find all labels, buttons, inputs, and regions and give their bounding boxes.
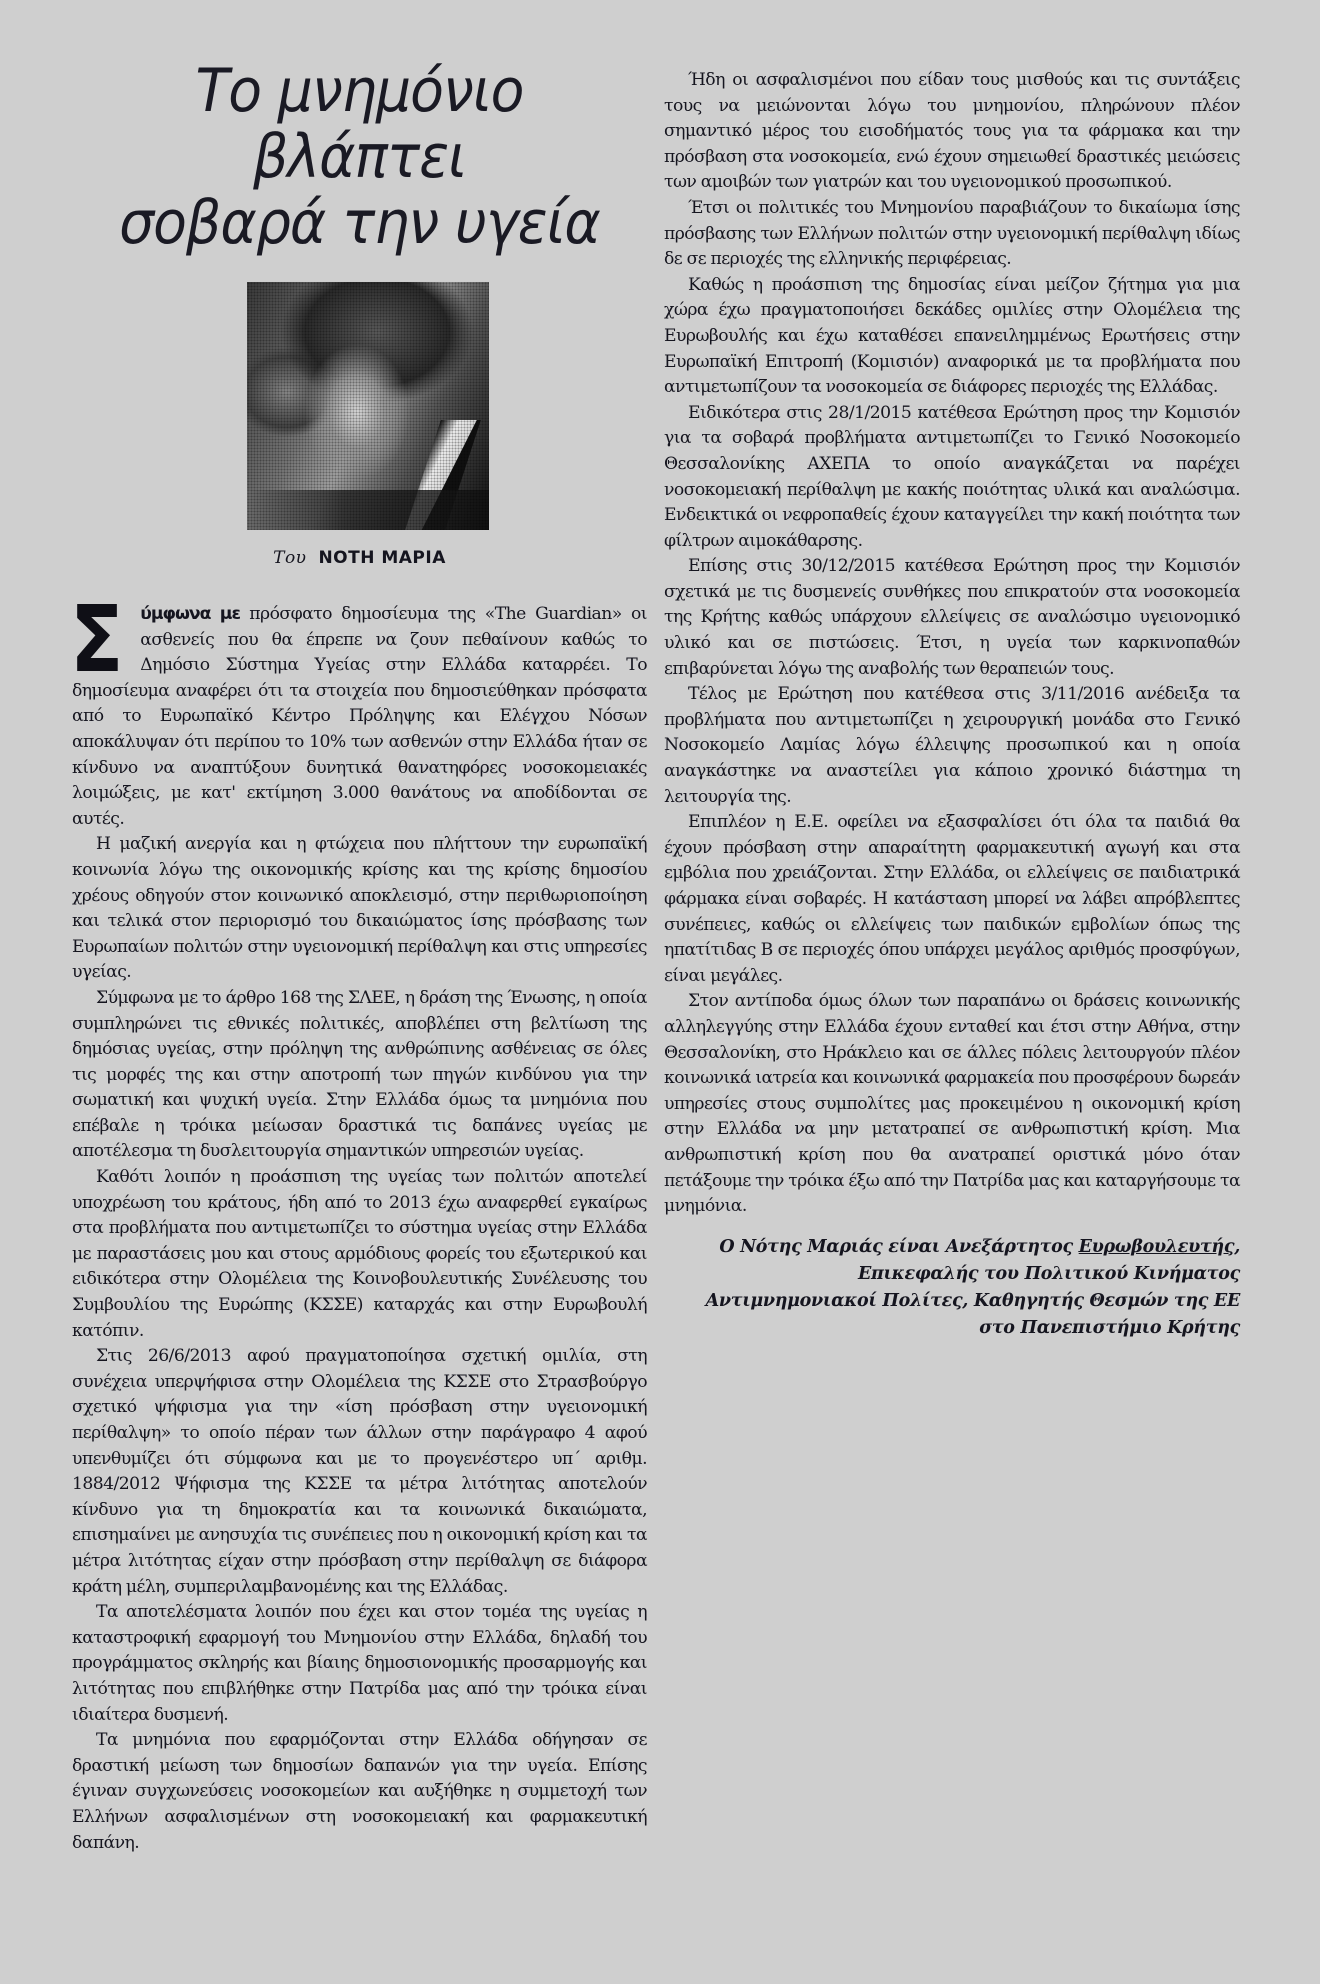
byline: Του ΝΟΤΗ ΜΑΡΙΑ [72,548,647,568]
author-photo [247,282,489,530]
byline-prefix: Του [273,548,306,568]
headline-line-2: σοβαρά την υγεία [95,190,624,256]
drop-cap: Σ [70,604,123,678]
paragraph: Επιπλέον η Ε.Ε. οφείλει να εξασφαλίσει ό… [664,810,1240,989]
byline-author-name: ΝΟΤΗ ΜΑΡΙΑ [318,548,445,568]
headline: Το μνημόνιο βλάπτει σοβαρά την υγεία [95,58,624,256]
signature-line-2: Επικεφαλής του Πολιτικού Κινήματος [664,1261,1240,1288]
paragraph: Στις 26/6/2013 αφού πραγματοποίησα σχετι… [72,1344,647,1600]
photo-halftone-overlay [247,282,489,530]
right-column: Ήδη οι ασφαλισμένοι που είδαν τους μισθο… [664,68,1240,1342]
paragraph: Έτσι οι πολιτικές του Μνημονίου παραβιάζ… [664,196,1240,273]
paragraph: Καθότι λοιπόν η προάσπιση της υγείας των… [72,1165,647,1344]
headline-line-1: Το μνημόνιο βλάπτει [95,58,624,190]
signature-line-4: στο Πανεπιστήμιο Κρήτης [664,1315,1240,1342]
paragraph: Ειδικότερα στις 28/1/2015 κατέθεσα Ερώτη… [664,401,1240,555]
right-body-text: Ήδη οι ασφαλισμένοι που είδαν τους μισθο… [664,68,1240,1220]
lead-bold-words: ύμφωνα με [140,604,240,624]
signature-comma: , [1234,1237,1240,1257]
lead-paragraph: Σύμφωνα με πρόσφατο δημοσίευμα της «The … [72,602,647,832]
paragraph: Στον αντίποδα όμως όλων των παραπάνω οι … [664,989,1240,1219]
newspaper-clipping: Το μνημόνιο βλάπτει σοβαρά την υγεία Του… [0,0,1320,1984]
left-column: Το μνημόνιο βλάπτει σοβαρά την υγεία Του… [72,48,647,1856]
lead-text: πρόσφατο δημοσίευμα της «The Guardian» ο… [72,604,647,829]
signature-underlined-title: Ευρωβουλευτής [1079,1237,1235,1257]
paragraph: Τέλος με Ερώτηση που κατέθεσα στις 3/11/… [664,682,1240,810]
paragraph: Τα αποτελέσματα λοιπόν που έχει και στον… [72,1600,647,1728]
signature-line-3: Αντιμνημονιακοί Πολίτες, Καθηγητής Θεσμώ… [664,1288,1240,1315]
paragraph: Καθώς η προάσπιση της δημοσίας είναι μεί… [664,273,1240,401]
signature-line-1: Ο Νότης Μαριάς είναι Ανεξάρτητος Ευρωβου… [664,1234,1240,1261]
author-photo-block [247,282,489,530]
paragraph: Επίσης στις 30/12/2015 κατέθεσα Ερώτηση … [664,554,1240,682]
left-body-text: Σύμφωνα με πρόσφατο δημοσίευμα της «The … [72,602,647,1856]
paragraph: Ήδη οι ασφαλισμένοι που είδαν τους μισθο… [664,68,1240,196]
author-signature: Ο Νότης Μαριάς είναι Ανεξάρτητος Ευρωβου… [664,1234,1240,1342]
paragraph: Τα μνημόνια που εφαρμόζονται στην Ελλάδα… [72,1728,647,1856]
paragraph: Η μαζική ανεργία και η φτώχεια που πλήττ… [72,832,647,986]
signature-text: Ο Νότης Μαριάς είναι Ανεξάρτητος [719,1237,1078,1257]
paragraph: Σύμφωνα με το άρθρο 168 της ΣΛΕΕ, η δράσ… [72,986,647,1165]
